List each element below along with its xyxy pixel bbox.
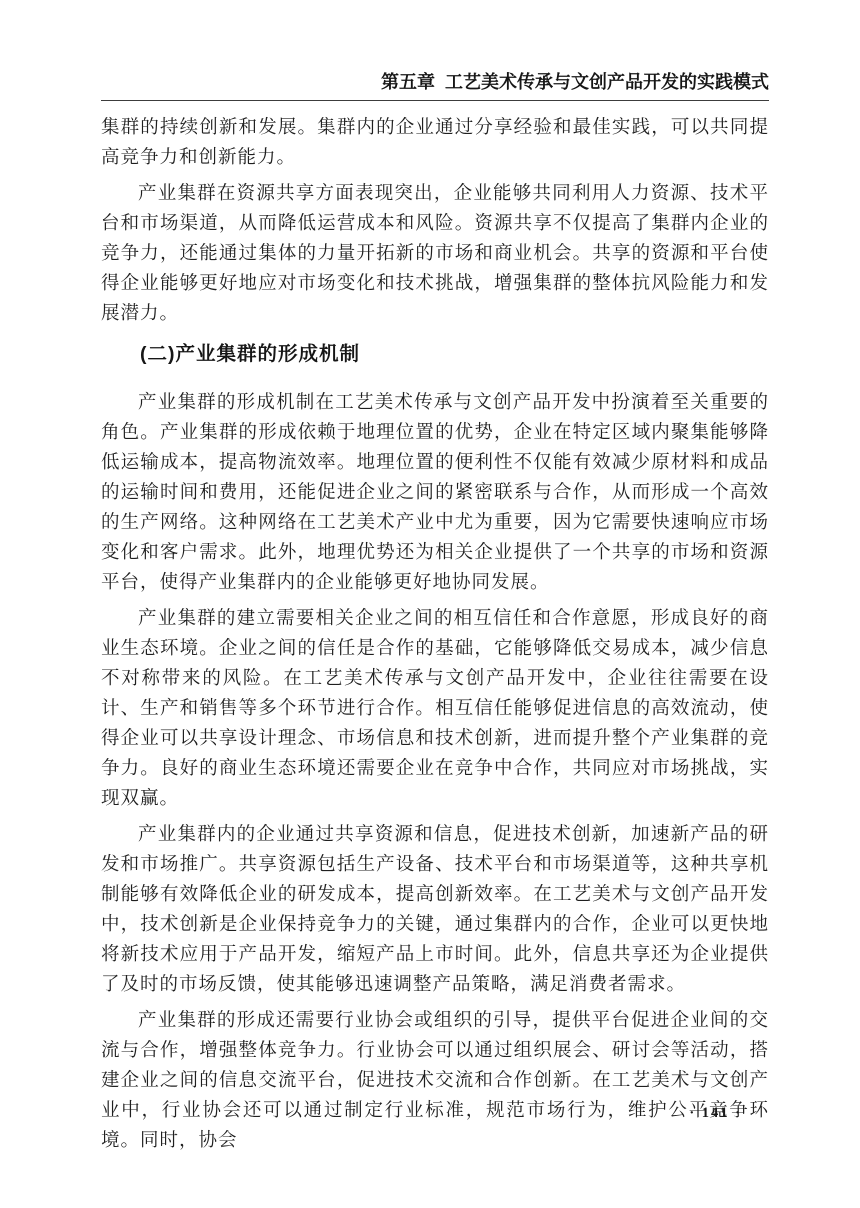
paragraph: 产业集群的建立需要相关企业之间的相互信任和合作意愿，形成良好的商业生态环境。企业… (101, 604, 769, 814)
section-heading: (二)产业集群的形成机制 (101, 341, 769, 367)
body-text: 集群的持续创新和发展。集群内的企业通过分享经验和最佳实践，可以共同提高竞争力和创… (101, 113, 769, 1156)
chapter-title: 工艺美术传承与文创产品开发的实践模式 (445, 72, 769, 92)
book-page: 第五章工艺美术传承与文创产品开发的实践模式 集群的持续创新和发展。集群内的企业通… (0, 0, 860, 1208)
chapter-number-label: 第五章 (381, 72, 435, 92)
running-head: 第五章工艺美术传承与文创产品开发的实践模式 (101, 72, 769, 101)
content-column: 第五章工艺美术传承与文创产品开发的实践模式 集群的持续创新和发展。集群内的企业通… (101, 72, 769, 1156)
paragraph: 产业集群的形成机制在工艺美术传承与文创产品开发中扮演着至关重要的角色。产业集群的… (101, 388, 769, 598)
paragraph: 产业集群的形成还需要行业协会或组织的引导，提供平台促进企业间的交流与合作，增强整… (101, 1006, 769, 1156)
paragraph: 产业集群内的企业通过共享资源和信息，促进技术创新，加速新产品的研发和市场推广。共… (101, 820, 769, 1000)
page-number: · 141 · (689, 1105, 742, 1122)
paragraph-continuation: 集群的持续创新和发展。集群内的企业通过分享经验和最佳实践，可以共同提高竞争力和创… (101, 113, 769, 173)
paragraph: 产业集群在资源共享方面表现突出，企业能够共同利用人力资源、技术平台和市场渠道，从… (101, 179, 769, 329)
